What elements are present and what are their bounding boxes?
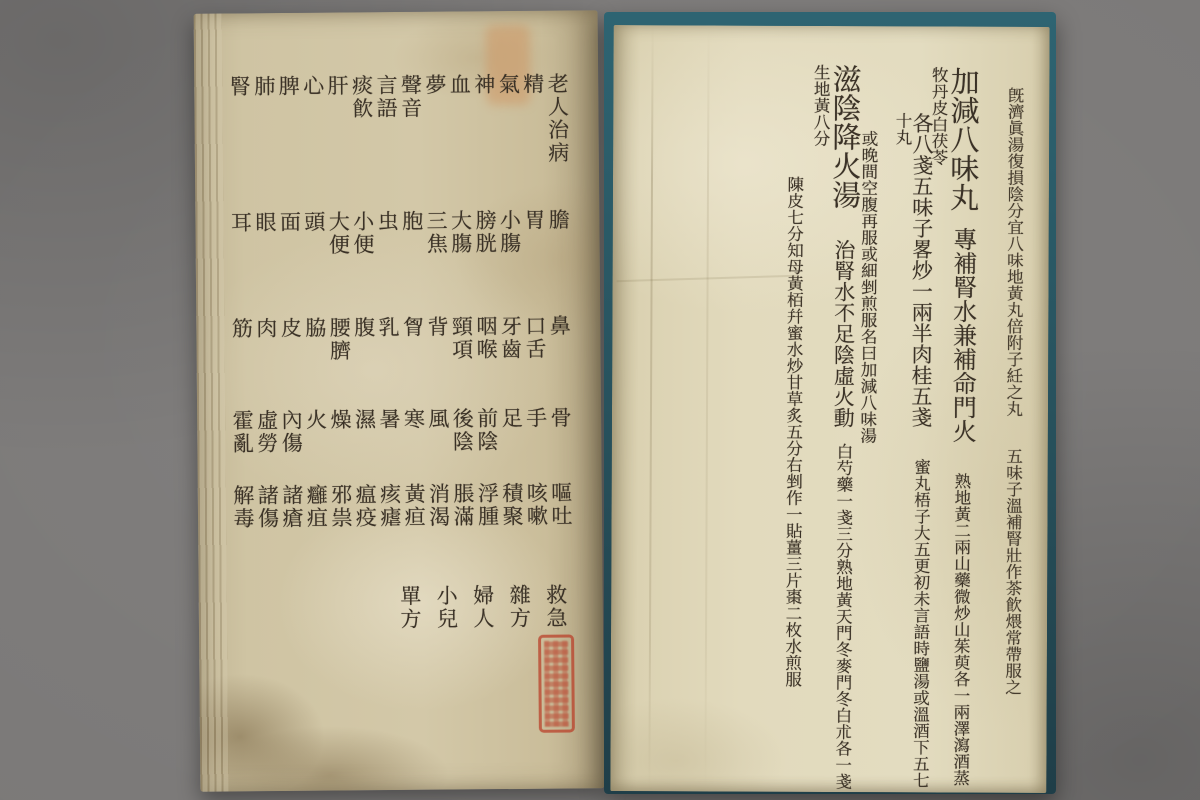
fold-crease: [704, 25, 709, 791]
toc-entry: 骨: [549, 406, 571, 452]
toc-entry: 足: [500, 407, 522, 453]
toc-entry: 內傷: [280, 409, 302, 455]
toc-entry: 救急: [545, 584, 567, 630]
toc-entry: 脇: [304, 317, 326, 363]
toc-entry: 三焦: [425, 210, 447, 256]
toc-entry: 大便: [327, 210, 349, 256]
marginal-note-column: 旣濟眞湯復損陰分宜八味地黃丸倍附子紝之丸 五味子溫補腎壯作茶飮煨常帶服之: [1002, 87, 1023, 787]
toc-entry: 頭: [303, 211, 325, 257]
toc-entry: 口舌: [524, 315, 546, 361]
right-page: 旣濟眞湯復損陰分宜八味地黃丸倍附子紝之丸 五味子溫補腎壯作茶飮煨常帶服之 加減八…: [610, 25, 1049, 793]
toc-entry: 癰疽: [305, 484, 327, 530]
toc-entry: 心: [302, 75, 325, 167]
toc-entry: 眼: [254, 211, 276, 257]
toc-entry: 前陰: [476, 407, 498, 453]
page-stack-edge: [194, 14, 229, 792]
toc-entry: 咳嗽: [525, 482, 547, 528]
toc-entry: 寒: [402, 408, 424, 454]
toc-entry: 暑: [378, 408, 400, 454]
recipe-dosage-column: 各八戔五味子畧炒一兩半肉桂五戔 蜜丸梧子大五更初未言語時鹽湯或溫酒下五七十丸: [890, 112, 933, 792]
toc-row-body-parts: 鼻口舌牙齒咽喉頸項背胷乳腹腰臍脇皮肉筋: [230, 315, 570, 364]
toc-entry: 老人治病: [546, 73, 569, 165]
toc-entry: 乳: [377, 316, 399, 362]
toc-entry: 神: [473, 73, 496, 165]
toc-entry: 雜方: [508, 584, 530, 630]
toc-entry: 咽喉: [475, 315, 497, 361]
recipe-column-jiajian-bawei-wan: 加減八味丸 專補腎水兼補命門火 熟地黃二兩山藥微炒山茱萸各一兩澤瀉酒蒸牧丹皮白茯…: [926, 66, 977, 790]
toc-entry: 解毒: [232, 484, 254, 530]
toc-entry: 肺: [253, 75, 276, 167]
toc-entry: 痎瘧: [378, 483, 400, 529]
toc-entry: 脾: [277, 75, 300, 167]
toc-entry: 腹: [353, 316, 375, 362]
toc-entry: 小膓: [498, 209, 520, 255]
toc-entry: 鼻: [548, 315, 570, 361]
usage-note-text: 或晚間空腹再服或細剉煎服名曰加減八味湯: [858, 130, 878, 444]
recipe-column-ziyin-jianghuo-tang: 滋陰降火湯 治腎水不足陰虛火動 白芍藥一戔三分熟地黃天門冬麥門冬白朮各一戔生地黃…: [808, 64, 859, 790]
dosage-text: 各八戔五味子畧炒一兩半肉桂五戔: [909, 112, 934, 427]
toc-entry: 諸傷: [256, 484, 278, 530]
toc-entry: 牙齒: [499, 315, 521, 361]
toc-entry: 腰臍: [328, 316, 350, 362]
toc-entry: 脹滿: [452, 482, 474, 528]
toc-entry: 膽: [547, 209, 569, 255]
toc-entry: 小便: [352, 210, 374, 256]
recipe-ingredients-text: 陳皮七分知母黃栢幷蜜水炒甘草炙五分右剉作一貼薑三片棗二枚水煎服: [783, 176, 804, 688]
recipe-title: 加減八味丸: [946, 67, 979, 212]
toc-entry: 火: [304, 409, 326, 455]
toc-entry: 黃疸: [403, 483, 425, 529]
toc-entry: 胃: [523, 209, 545, 255]
fold-crease: [648, 25, 653, 791]
toc-entry: 肉: [255, 317, 277, 363]
toc-entry: 肝: [326, 74, 349, 166]
toc-entry: 氣: [497, 73, 520, 165]
toc-entry: 皮: [279, 317, 301, 363]
toc-entry: 濕: [353, 408, 375, 454]
toc-entry: 婦人: [472, 584, 494, 630]
toc-entry: 浮腫: [476, 482, 498, 528]
recipe-usage-note-column: 或晚間空腹再服或細剉煎服名曰加減八味湯: [857, 130, 877, 550]
toc-entry: 小兒: [435, 584, 457, 630]
toc-row-six-excesses: 骨手足前陰後陰風寒暑濕燥火內傷虛勞霍亂: [231, 406, 571, 455]
toc-entry: 風: [427, 408, 449, 454]
recipe-indication: 治腎水不足陰虛火動: [831, 225, 856, 428]
toc-row-organs: 老人治病精氣神血夢聲音言語痰飮肝心脾肺腎: [228, 73, 569, 168]
toc-entry: 瘟疫: [354, 483, 376, 529]
toc-entry: 言語: [375, 74, 398, 166]
toc-entry: 背: [426, 316, 448, 362]
toc-entry: 嘔吐: [550, 481, 572, 527]
toc-entry: 諸瘡: [281, 484, 303, 530]
toc-row-viscera: 膽胃小膓膀胱大膓三焦胞虫小便大便頭面眼耳: [229, 209, 569, 258]
toc-entry: 虫: [376, 210, 398, 256]
toc-entry: 手: [524, 407, 546, 453]
toc-entry: 頸項: [450, 315, 472, 361]
toc-entry: 後陰: [451, 407, 473, 453]
recipe-ingredients-continued-column: 陳皮七分知母黃栢幷蜜水炒甘草炙五分右剉作一貼薑三片棗二枚水煎服: [782, 176, 803, 796]
collector-seal-stamp: [538, 634, 575, 732]
toc-entry: 膀胱: [474, 209, 496, 255]
toc-entry: 胞: [401, 210, 423, 256]
toc-entry: 燥: [329, 408, 351, 454]
toc-entry: 虛勞: [256, 409, 278, 455]
toc-row-misc-sections: 救急雜方婦人小兒單方: [399, 584, 567, 631]
toc-row-diseases: 嘔吐咳嗽積聚浮腫脹滿消渴黃疸痎瘧瘟疫邪祟癰疽諸瘡諸傷解毒: [232, 481, 572, 530]
toc-entry: 腎: [228, 75, 251, 167]
toc-entry: 痰飮: [350, 74, 373, 166]
recipe-subtitle: 專補腎水兼補命門火: [948, 227, 975, 443]
left-page: 老人治病精氣神血夢聲音言語痰飮肝心脾肺腎 膽胃小膓膀胱大膓三焦胞虫小便大便頭面眼…: [194, 10, 605, 791]
marginal-note-text: 旣濟眞湯復損陰分宜八味地黃丸倍附子紝之丸: [1004, 87, 1024, 417]
recipe-title: 滋陰降火湯: [828, 64, 861, 209]
toc-entry: 血: [448, 73, 471, 165]
toc-entry: 面: [278, 211, 300, 257]
toc-entry: 大膓: [449, 209, 471, 255]
toc-entry: 單方: [399, 585, 421, 631]
toc-entry: 積聚: [501, 482, 523, 528]
toc-entry: 胷: [401, 316, 423, 362]
toc-entry: 邪祟: [330, 483, 352, 529]
toc-entry: 聲音: [399, 74, 422, 166]
toc-entry: 消渴: [427, 483, 449, 529]
toc-entry: 筋: [230, 317, 252, 363]
toc-entry: 精: [522, 73, 545, 165]
marginal-note-text: 五味子溫補腎壯作茶飮煨常帶服之: [1003, 434, 1023, 696]
toc-entry: 霍亂: [231, 409, 253, 455]
toc-entry: 耳: [229, 211, 251, 257]
toc-entry: 夢: [424, 74, 447, 166]
